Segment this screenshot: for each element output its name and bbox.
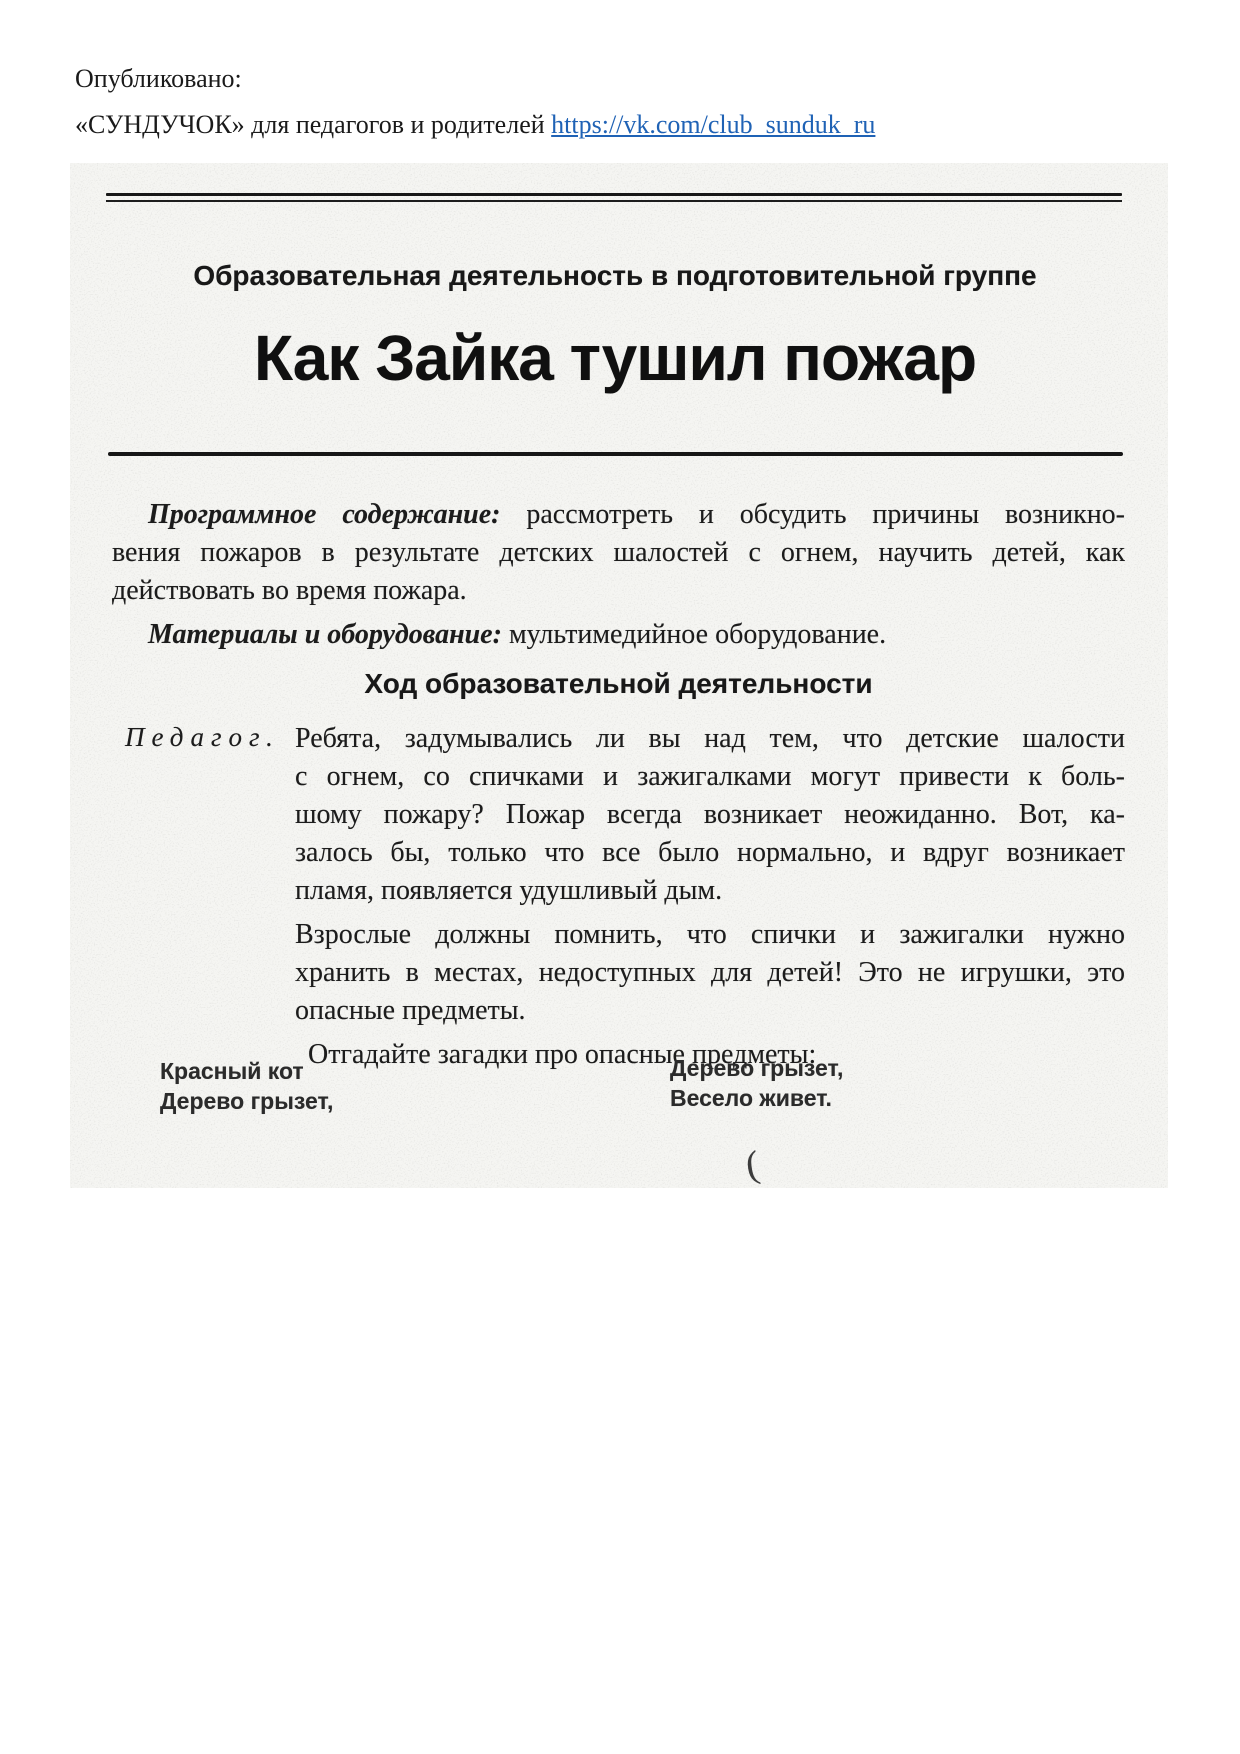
paragraph2-line-3: опасные предметы.	[295, 994, 1125, 1028]
teacher-label: Педагог.	[125, 722, 280, 753]
riddle-right-line-2: Весело живет.	[670, 1083, 843, 1113]
flow-heading: Ход образовательной деятельности	[112, 668, 1125, 700]
source-link[interactable]: https://vk.com/club_sunduk_ru	[551, 110, 875, 139]
program-line-1-text: рассмотреть и обсудить причины возникно-	[500, 499, 1125, 530]
materials-label: Материалы и оборудование:	[148, 619, 502, 650]
source-prefix: «СУНДУЧОК» для педагогов и родителей	[75, 110, 551, 139]
paragraph2-line-1: Взрослые должны помнить, что спички и за…	[295, 918, 1125, 952]
dialogue-line-1: Ребята, задумывались ли вы над тем, что …	[295, 722, 1125, 756]
dialogue-line-2: с огнем, со спичками и зажигалками могут…	[295, 760, 1125, 794]
program-line-2: вения пожаров в результате детских шалос…	[112, 536, 1125, 570]
paragraph2-line-2: хранить в местах, недоступных для детей!…	[295, 956, 1125, 990]
materials-text: мультимедийное оборудование.	[502, 619, 886, 650]
program-line-1: Программное содержание: рассмотреть и об…	[112, 498, 1125, 532]
lesson-title: Как Зайка тушил пожар	[100, 321, 1130, 395]
lesson-subtitle: Образовательная деятельность в подготови…	[100, 260, 1130, 292]
riddle-left: Красный кот Дерево грызет,	[160, 1056, 333, 1116]
published-label: Опубликовано:	[75, 64, 242, 94]
top-double-rule	[106, 193, 1122, 202]
materials-line: Материалы и оборудование: мультимедийное…	[112, 618, 1125, 652]
program-line-3: действовать во время пожара.	[112, 574, 1125, 608]
scan-artifact-mark: (	[743, 1142, 762, 1187]
riddle-left-line-1: Красный кот	[160, 1056, 333, 1086]
title-underline-rule	[108, 452, 1123, 456]
dialogue-line-5: пламя, появляется удушливый дым.	[295, 874, 1125, 908]
dialogue-line-4: залось бы, только что все было нормально…	[295, 836, 1125, 870]
source-line: «СУНДУЧОК» для педагогов и родителей htt…	[75, 110, 875, 140]
riddle-right: Дерево грызет, Весело живет.	[670, 1053, 843, 1113]
riddle-right-line-1: Дерево грызет,	[670, 1053, 843, 1083]
program-label: Программное содержание:	[148, 499, 500, 530]
dialogue-line-3: шому пожару? Пожар всегда возникает неож…	[295, 798, 1125, 832]
riddle-left-line-2: Дерево грызет,	[160, 1086, 333, 1116]
scanned-page: Образовательная деятельность в подготови…	[70, 163, 1168, 1188]
